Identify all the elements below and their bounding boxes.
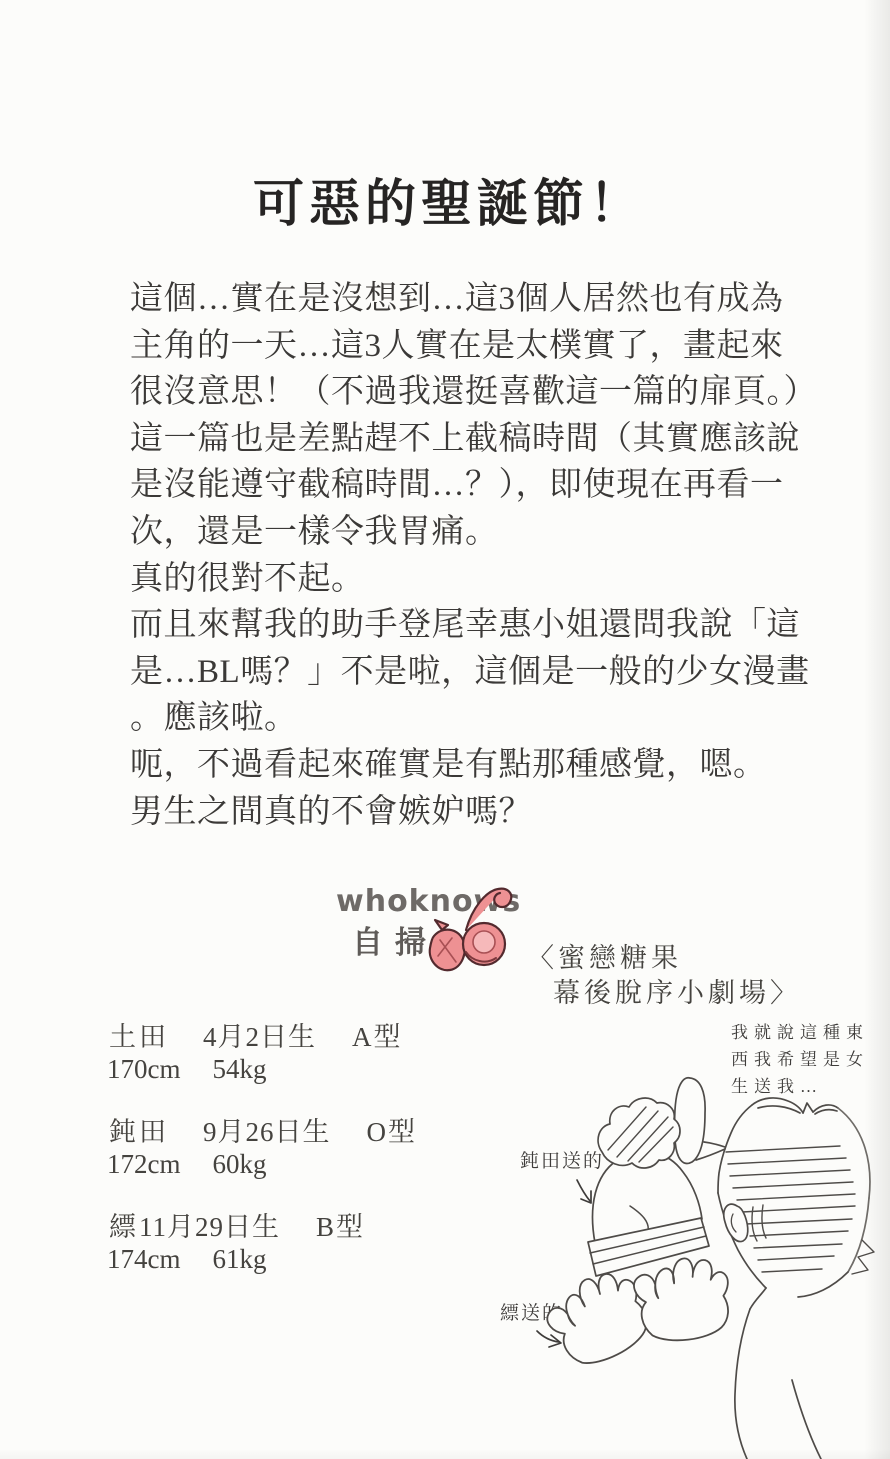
text-line: 。應該啦。 <box>130 695 860 742</box>
character-birthday: 9月26日生 <box>203 1110 331 1149</box>
text-line: 次，還是一樣令我胃痛。 <box>130 509 860 556</box>
text-line: 很沒意思！（不過我還挺喜歡這一篇的扉頁。） <box>130 369 860 416</box>
text-line: 這個…實在是沒想到…這3個人居然也有成為 <box>130 276 860 323</box>
text-line: 男生之間真的不會嫉妒嗎？ <box>130 789 860 836</box>
arrow-to-gloves <box>537 1331 561 1347</box>
text-line: 真的很對不起。 <box>130 556 860 603</box>
character-name: 鈍田 <box>109 1110 169 1149</box>
arrow-to-hat <box>577 1180 591 1203</box>
profile-hanada: 縹 11月29日生 B型 <box>109 1205 365 1244</box>
glove-right <box>632 1255 731 1343</box>
manga-afterword-page: 可惡的聖誕節！ 這個…實在是沒想到…這3個人居然也有成為 主角的一天…這3人實在… <box>0 0 890 1459</box>
scan-edge-shadow <box>864 0 890 1459</box>
character-weight: 60kg <box>213 1149 267 1180</box>
text-line: 而且來幫我的助手登尾幸惠小姐還問我說「這 <box>130 602 860 649</box>
profile-hanada-stats: 174cm 61kg <box>107 1244 267 1275</box>
character-bloodtype: O型 <box>367 1110 418 1149</box>
character-weight: 54kg <box>213 1054 267 1085</box>
character-name: 縹 <box>109 1205 139 1244</box>
character-height: 170cm <box>107 1054 181 1085</box>
text-line: 呃，不過看起來確實是有點那種感覺，嗯。 <box>130 742 860 789</box>
character-bloodtype: A型 <box>352 1015 403 1054</box>
character-height: 174cm <box>107 1244 181 1275</box>
character-bloodtype: B型 <box>316 1205 365 1244</box>
side-story-title: 〈蜜戀糖果 <box>527 936 682 975</box>
text-line: 這一篇也是差點趕不上截稿時間（其實應該說 <box>130 416 860 463</box>
page-title: 可惡的聖誕節！ <box>253 162 645 236</box>
character-name: 土田 <box>109 1015 169 1054</box>
profile-tsuchida-stats: 170cm 54kg <box>107 1054 267 1085</box>
text-line: 是…BL嗎？」不是啦，這個是一般的少女漫畫 <box>130 649 860 696</box>
ear <box>724 1204 748 1241</box>
character-weight: 61kg <box>213 1244 267 1275</box>
christmas-gifts-sketch <box>480 1058 890 1459</box>
speech-line: 我就說這種東 <box>731 1019 869 1046</box>
text-line: 是沒能遵守截稿時間…？），即使現在再看一 <box>130 462 860 509</box>
text-line: 主角的一天…這3人實在是太樸實了，畫起來 <box>130 323 860 370</box>
afterword-text: 這個…實在是沒想到…這3個人居然也有成為 主角的一天…這3人實在是太樸實了，畫起… <box>130 276 860 835</box>
character-birthday: 4月2日生 <box>203 1015 316 1054</box>
scanlation-watermark: whoknows 自掃 <box>336 884 536 994</box>
profile-nibuta-stats: 172cm 60kg <box>107 1149 267 1180</box>
hair-hatching <box>726 1146 855 1272</box>
character-height: 172cm <box>107 1149 181 1180</box>
profile-nibuta: 鈍田 9月26日生 O型 <box>109 1110 417 1149</box>
side-story-subtitle: 幕後脫序小劇場〉 <box>553 971 801 1010</box>
scan-bottom-shadow <box>0 1449 890 1459</box>
profile-tsuchida: 土田 4月2日生 A型 <box>109 1015 403 1054</box>
headphones-icon <box>424 878 524 990</box>
character-birthday: 11月29日生 <box>139 1205 280 1244</box>
speech-bubble <box>675 1078 725 1164</box>
